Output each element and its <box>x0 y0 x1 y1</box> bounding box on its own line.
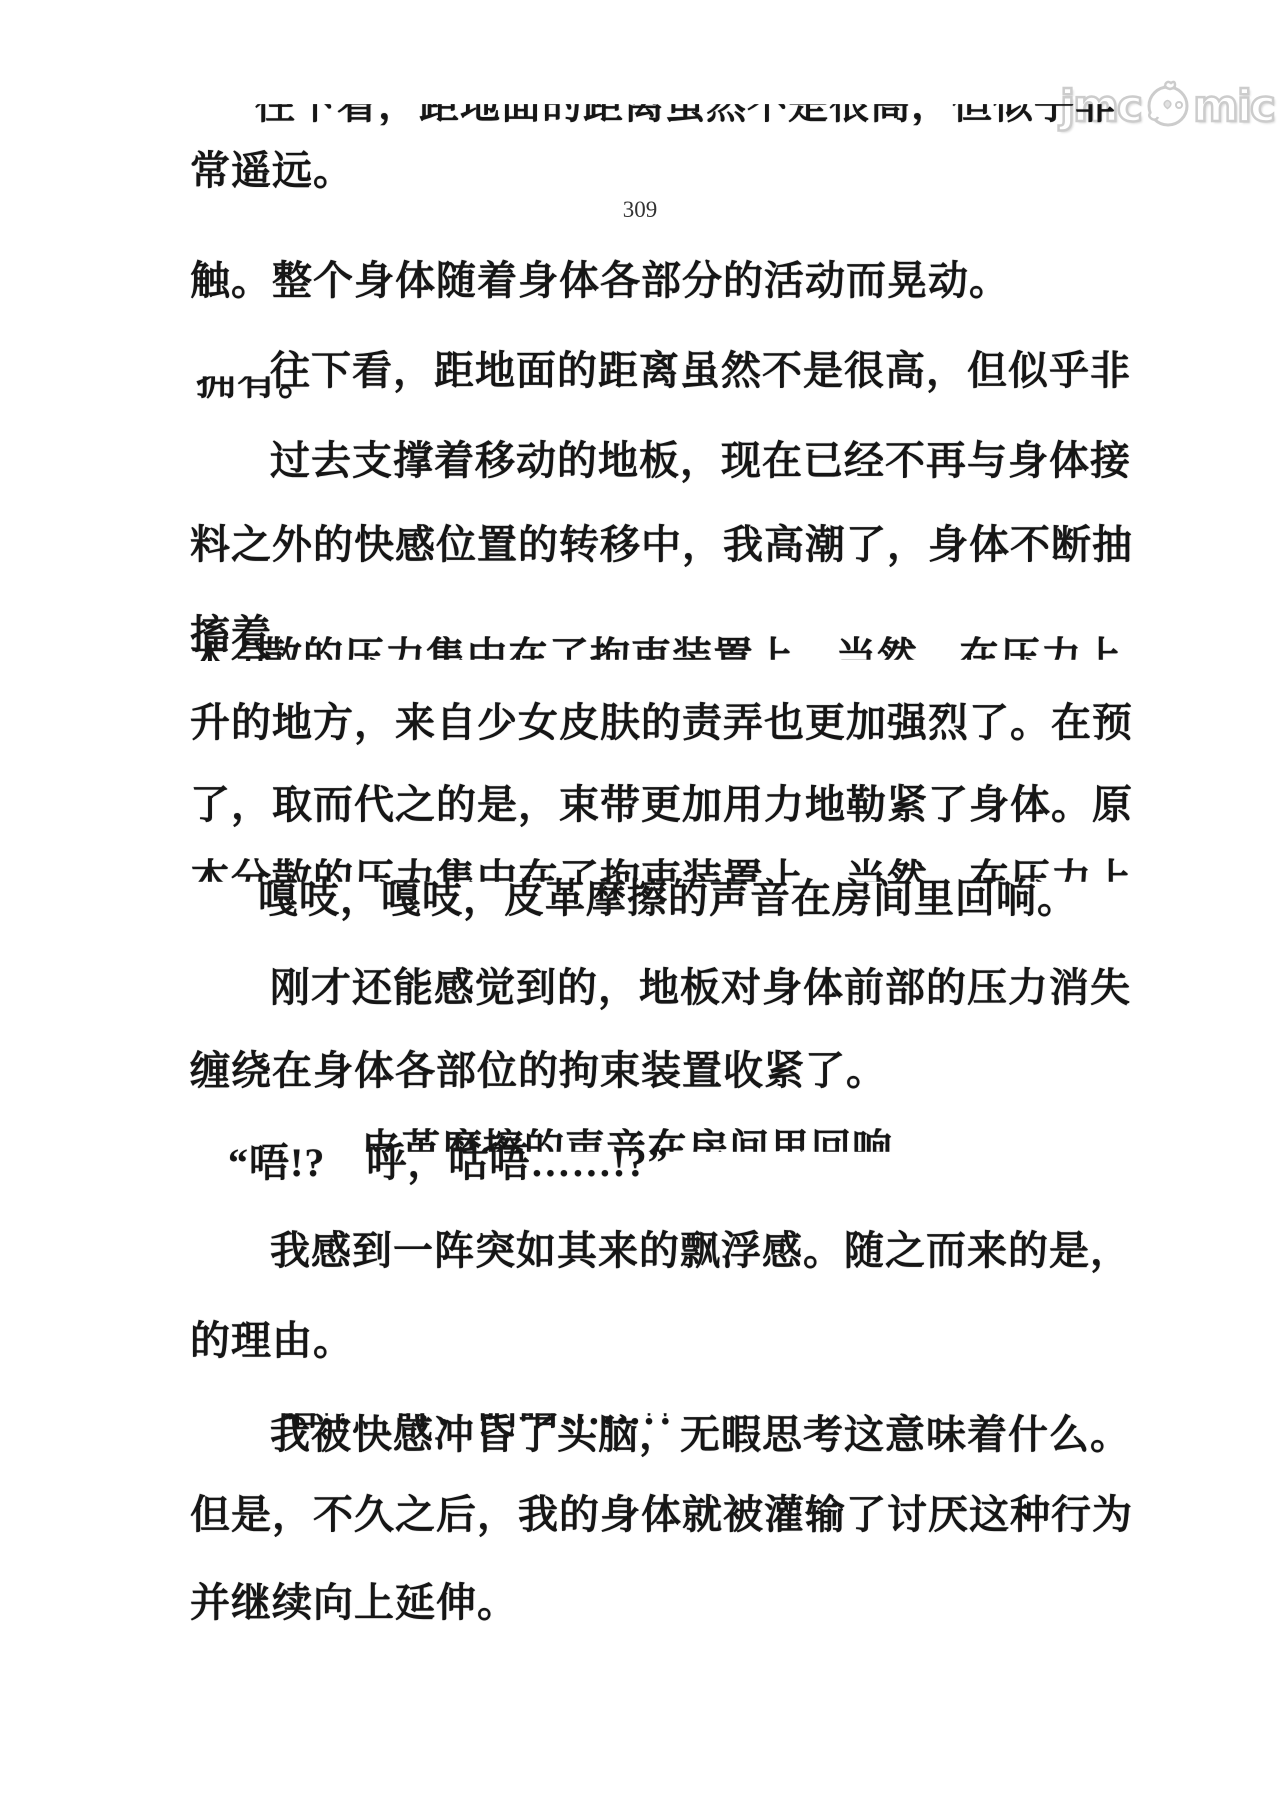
bird-mascot-icon <box>1141 78 1193 135</box>
text-line: 常遥远。 <box>190 148 354 194</box>
text-line: 刚才还能感觉到的，地板对身体前部的压力消失 <box>270 965 1131 1011</box>
glitch-text-fragment: 本分 <box>190 638 272 684</box>
text-line: 嘎吱，嘎吱，皮革摩擦的声音在房间里回响。 <box>258 876 1078 922</box>
text-line: 但是，不久之后，我的身体就被灌输了讨厌这种行为 <box>190 1492 1133 1538</box>
text-line: 我感到一阵突如其来的飘浮感。随之而来的是， <box>270 1228 1131 1274</box>
text-line: 往下看，距地面的距离虽然不是很高，但似乎非 <box>270 348 1131 394</box>
glitch-text-fragment: 往下看，距地面的距离虽然不是很高，但似乎非 <box>255 82 1116 128</box>
text-line: 料之外的快感位置的转移中，我高潮了，身体不断抽 <box>190 522 1133 568</box>
text-line: “唔!? 呼，咕唔……!?” <box>228 1140 669 1186</box>
text-line: 过去支撑着移动的地板，现在已经不再与身体接 <box>270 438 1131 484</box>
text-line: 了，取而代之的是，束带更加用力地勒紧了身体。原 <box>190 782 1133 828</box>
glitch-text-fragment: 散的压力集中在了拘束装置上。当然，在压力上 <box>262 634 1123 680</box>
scanned-novel-page: jmc mic 往下看，距地面的距离虽然不是很高，但似乎非 常遥远。 309 触… <box>0 0 1280 1810</box>
text-line: 触。整个身体随着身体各部分的活动而晃动。 <box>190 258 1010 304</box>
text-line: 并继续向上延伸。 <box>190 1580 518 1626</box>
page-number: 309 <box>0 197 1280 223</box>
text-line: 的理由。 <box>190 1318 354 1364</box>
text-line: 我被快感冲昏了头脑，无暇思考这意味着什么。 <box>270 1412 1131 1458</box>
watermark-text-mic: mic <box>1193 85 1274 129</box>
text-line: 升的地方，来自少女皮肤的责弄也更加强烈了。在预 <box>190 700 1133 746</box>
text-line: 缠绕在身体各部位的拘束装置收紧了。 <box>190 1048 887 1094</box>
